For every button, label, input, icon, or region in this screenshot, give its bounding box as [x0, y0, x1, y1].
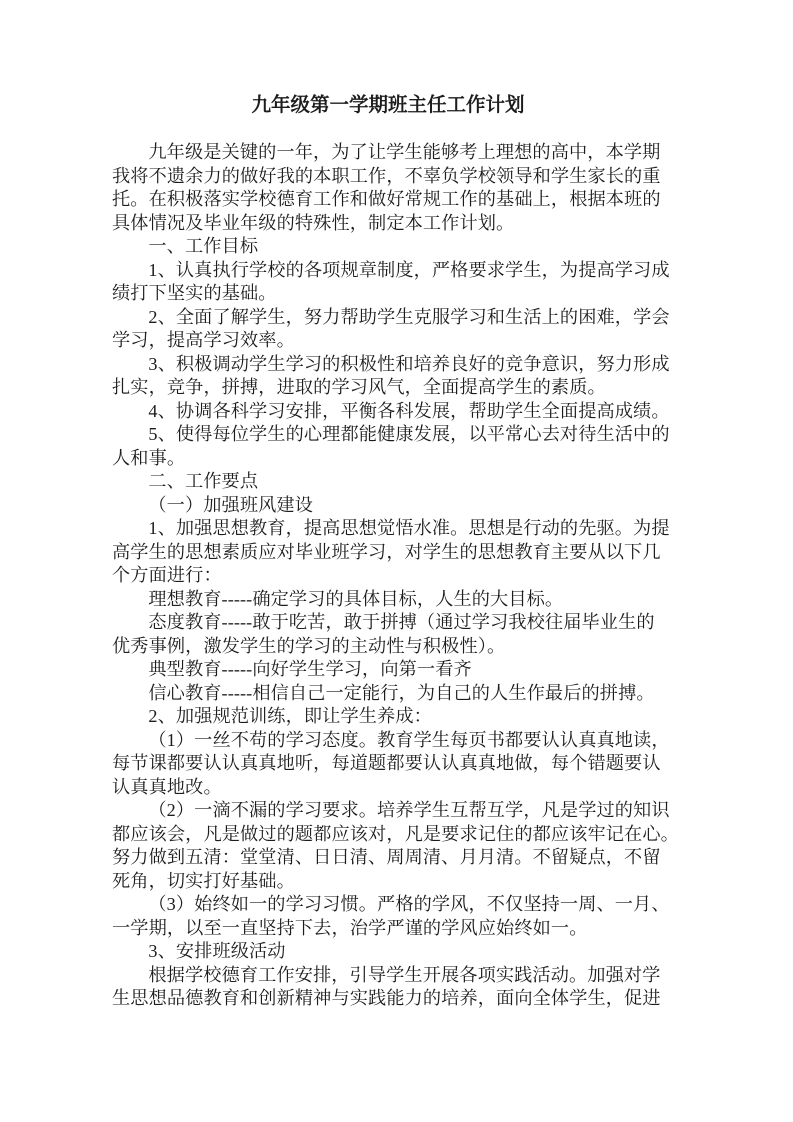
- text-line: 二、工作要点: [112, 470, 664, 494]
- text-line: 3、积极调动学生学习的积极性和培养良好的竞争意识，努力形成: [112, 353, 664, 377]
- text-line: 具体情况及毕业年级的特殊性，制定本工作计划。: [112, 212, 664, 236]
- text-line: 认真真地改。: [112, 776, 664, 800]
- text-line: （3）始终如一的学习习惯。严格的学风，不仅坚持一周、一月、: [112, 893, 664, 917]
- text-line: 典型教育-----向好学生学习，向第一看齐: [112, 658, 664, 682]
- text-line: 一、工作目标: [112, 235, 664, 259]
- text-line: 每节课都要认认真真地听，每道题都要认认真真地做，每个错题要认: [112, 752, 664, 776]
- document-body: 九年级是关键的一年，为了让学生能够考上理想的高中，本学期我将不遗余力的做好我的本…: [112, 141, 664, 1011]
- text-line: 态度教育-----敢于吃苦，敢于拼搏（通过学习我校往届毕业生的: [112, 611, 664, 635]
- text-line: 一学期，以至一直坚持下去，治学严谨的学风应始终如一。: [112, 917, 664, 941]
- text-line: 生思想品德教育和创新精神与实践能力的培养，面向全体学生，促进: [112, 987, 664, 1011]
- text-line: 信心教育-----相信自己一定能行，为自己的人生作最后的拼搏。: [112, 682, 664, 706]
- text-line: 都应该会，凡是做过的题都应该对，凡是要求记住的都应该牢记在心。: [112, 823, 664, 847]
- text-line: 托。在积极落实学校德育工作和做好常规工作的基础上，根据本班的: [112, 188, 664, 212]
- text-line: 死角，切实打好基础。: [112, 870, 664, 894]
- text-line: 学习，提高学习效率。: [112, 329, 664, 353]
- text-line: 2、加强规范训练，即让学生养成：: [112, 705, 664, 729]
- text-line: （1）一丝不苟的学习态度。教育学生每页书都要认认真真地读，: [112, 729, 664, 753]
- text-line: （一）加强班风建设: [112, 494, 664, 518]
- text-line: 绩打下坚实的基础。: [112, 282, 664, 306]
- text-line: 个方面进行：: [112, 564, 664, 588]
- document-title: 九年级第一学期班主任工作计划: [112, 94, 664, 118]
- text-line: 努力做到五清：堂堂清、日日清、周周清、月月清。不留疑点，不留: [112, 846, 664, 870]
- text-line: 5、使得每位学生的心理都能健康发展，以平常心去对待生活中的: [112, 423, 664, 447]
- text-line: 3、安排班级活动: [112, 940, 664, 964]
- text-line: （2）一滴不漏的学习要求。培养学生互帮互学，凡是学过的知识: [112, 799, 664, 823]
- text-line: 根据学校德育工作安排，引导学生开展各项实践活动。加强对学: [112, 964, 664, 988]
- text-line: 优秀事例，激发学生的学习的主动性与积极性）。: [112, 635, 664, 659]
- text-line: 4、协调各科学习安排，平衡各科发展，帮助学生全面提高成绩。: [112, 400, 664, 424]
- text-line: 1、认真执行学校的各项规章制度，严格要求学生，为提高学习成: [112, 259, 664, 283]
- document-page: 九年级第一学期班主任工作计划 九年级是关键的一年，为了让学生能够考上理想的高中，…: [0, 0, 793, 1122]
- text-line: 2、全面了解学生，努力帮助学生克服学习和生活上的困难，学会: [112, 306, 664, 330]
- text-line: 扎实，竞争，拼搏，进取的学习风气，全面提高学生的素质。: [112, 376, 664, 400]
- text-line: 理想教育-----确定学习的具体目标，人生的大目标。: [112, 588, 664, 612]
- text-line: 九年级是关键的一年，为了让学生能够考上理想的高中，本学期: [112, 141, 664, 165]
- text-line: 1、加强思想教育，提高思想觉悟水准。思想是行动的先驱。为提: [112, 517, 664, 541]
- text-line: 我将不遗余力的做好我的本职工作，不辜负学校领导和学生家长的重: [112, 165, 664, 189]
- text-line: 高学生的思想素质应对毕业班学习，对学生的思想教育主要从以下几: [112, 541, 664, 565]
- text-line: 人和事。: [112, 447, 664, 471]
